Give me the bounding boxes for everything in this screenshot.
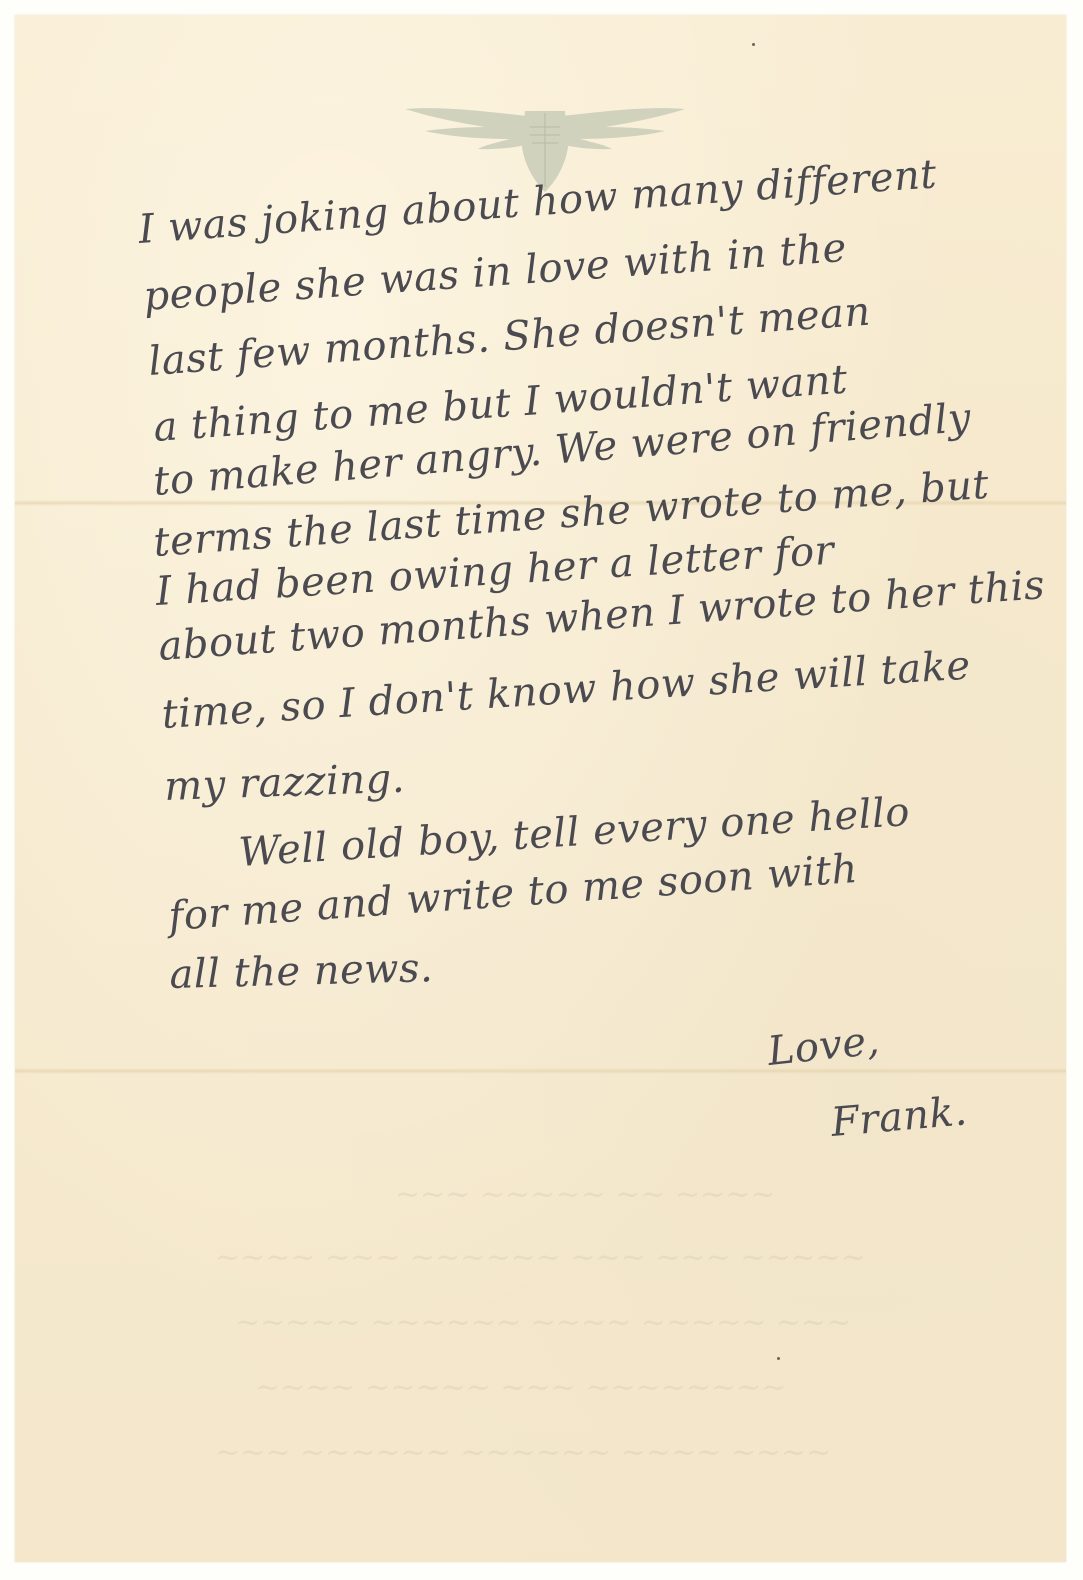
paper-speck: [777, 1357, 780, 1360]
bleed-through-text: ~~~~~ ~~~~~~ ~~~~ ~~~~~ ~~~: [235, 1305, 851, 1340]
letter-page: ~~~ ~~~~~ ~~ ~~~~ ~~~~ ~~~ ~~~~~~ ~~~ ~~…: [15, 15, 1066, 1562]
bleed-through-text: ~~~~ ~~~ ~~~~~~ ~~~ ~~~ ~~~~~: [215, 1240, 866, 1275]
paper-speck: [752, 43, 755, 46]
bleed-through-text: ~~~ ~~~~~ ~~ ~~~~: [395, 1177, 776, 1212]
letter-closing: Love,: [766, 1020, 882, 1072]
letter-line: all the news.: [169, 948, 434, 995]
bleed-through-text: ~~~ ~~~~~~ ~~~~~~ ~~~~ ~~~~: [215, 1435, 831, 1470]
bleed-through-text: ~~~~ ~~~~~ ~~~ ~~~~~~~~: [255, 1370, 786, 1405]
letter-signature: Frank.: [830, 1091, 969, 1143]
letter-line: my razzing.: [164, 759, 406, 807]
fold-line: [15, 1068, 1066, 1074]
